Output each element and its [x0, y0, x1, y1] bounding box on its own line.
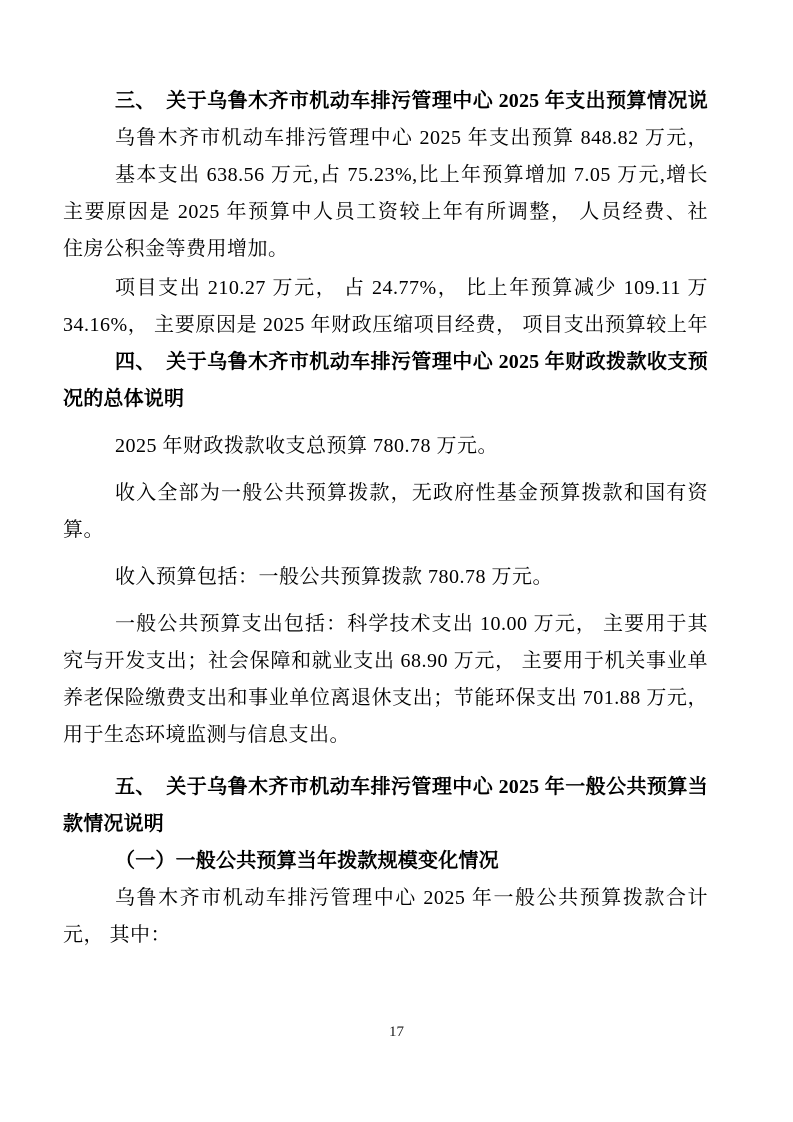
- paragraph-basic-expenditure: 基本支出 638.56 万元,占 75.23%,比上年预算增加 7.05 万元,…: [63, 157, 708, 268]
- paragraph-line: 项目支出 210.27 万元， 占 24.77%， 比上年预算减少 109.11…: [63, 270, 708, 307]
- paragraph-line: 用于生态环境监测与信息支出。: [63, 717, 708, 754]
- heading-line: 五、 关于乌鲁木齐市机动车排污管理中心 2025 年一般公共预算当年拨: [63, 769, 708, 806]
- section-heading-fiscal-appropriation: 四、 关于乌鲁木齐市机动车排污管理中心 2025 年财政拨款收支预算情 况的总体…: [63, 344, 708, 418]
- paragraph-line: 基本支出 638.56 万元,占 75.23%,比上年预算增加 7.05 万元,…: [63, 157, 708, 194]
- paragraph-project-expenditure: 项目支出 210.27 万元， 占 24.77%， 比上年预算减少 109.11…: [63, 270, 708, 344]
- paragraph-line: 34.16%， 主要原因是 2025 年财政压缩项目经费， 项目支出预算较上年下…: [63, 307, 708, 344]
- sub-heading-line: （一）一般公共预算当年拨款规模变化情况: [63, 843, 708, 880]
- paragraph-line: 2025 年财政拨款收支总预算 780.78 万元。: [63, 428, 708, 465]
- heading-line: 款情况说明: [63, 806, 708, 843]
- paragraph-line: 收入全部为一般公共预算拨款，无政府性基金预算拨款和国有资本经营预: [63, 475, 708, 512]
- section-heading-expenditure-budget: 三、 关于乌鲁木齐市机动车排污管理中心 2025 年支出预算情况说明: [63, 83, 708, 120]
- section-heading-current-year-appropriation: 五、 关于乌鲁木齐市机动车排污管理中心 2025 年一般公共预算当年拨 款情况说…: [63, 769, 708, 843]
- sub-heading-appropriation-scale-change: （一）一般公共预算当年拨款规模变化情况: [63, 843, 708, 880]
- paragraph-line: 主要原因是 2025 年预算中人员工资较上年有所调整， 人员经费、社保、养老、: [63, 194, 708, 231]
- paragraph-line: 乌鲁木齐市机动车排污管理中心 2025 年支出预算 848.82 万元， 其中：: [63, 120, 708, 157]
- paragraph-total-fiscal-budget: 2025 年财政拨款收支总预算 780.78 万元。: [63, 428, 708, 465]
- heading-line: 三、 关于乌鲁木齐市机动车排污管理中心 2025 年支出预算情况说明: [63, 83, 708, 120]
- paragraph-line: 一般公共预算支出包括：科学技术支出 10.00 万元， 主要用于其他技术研: [63, 606, 708, 643]
- paragraph-line: 住房公积金等费用增加。: [63, 231, 708, 268]
- page-number: 17: [0, 1022, 793, 1042]
- heading-line: 况的总体说明: [63, 381, 708, 418]
- paragraph-line: 收入预算包括：一般公共预算拨款 780.78 万元。: [63, 559, 708, 596]
- paragraph-line: 究与开发支出；社会保障和就业支出 68.90 万元， 主要用于机关事业单位基本: [63, 643, 708, 680]
- paragraph-line: 乌鲁木齐市机动车排污管理中心 2025 年一般公共预算拨款合计 780.78 万: [63, 880, 708, 917]
- paragraph-line: 算。: [63, 512, 708, 549]
- document-body: 三、 关于乌鲁木齐市机动车排污管理中心 2025 年支出预算情况说明 乌鲁木齐市…: [63, 83, 708, 954]
- paragraph-public-budget-expenditure: 一般公共预算支出包括：科学技术支出 10.00 万元， 主要用于其他技术研 究与…: [63, 606, 708, 754]
- paragraph-appropriation-total: 乌鲁木齐市机动车排污管理中心 2025 年一般公共预算拨款合计 780.78 万…: [63, 880, 708, 954]
- heading-line: 四、 关于乌鲁木齐市机动车排污管理中心 2025 年财政拨款收支预算情: [63, 344, 708, 381]
- paragraph-line: 养老保险缴费支出和事业单位离退休支出；节能环保支出 701.88 万元， 主要: [63, 680, 708, 717]
- document-page: 三、 关于乌鲁木齐市机动车排污管理中心 2025 年支出预算情况说明 乌鲁木齐市…: [0, 0, 793, 1122]
- paragraph-revenue-budget: 收入预算包括：一般公共预算拨款 780.78 万元。: [63, 559, 708, 596]
- paragraph-revenue-source: 收入全部为一般公共预算拨款，无政府性基金预算拨款和国有资本经营预 算。: [63, 475, 708, 549]
- paragraph-total-expenditure: 乌鲁木齐市机动车排污管理中心 2025 年支出预算 848.82 万元， 其中：: [63, 120, 708, 157]
- paragraph-line: 元， 其中：: [63, 917, 708, 954]
